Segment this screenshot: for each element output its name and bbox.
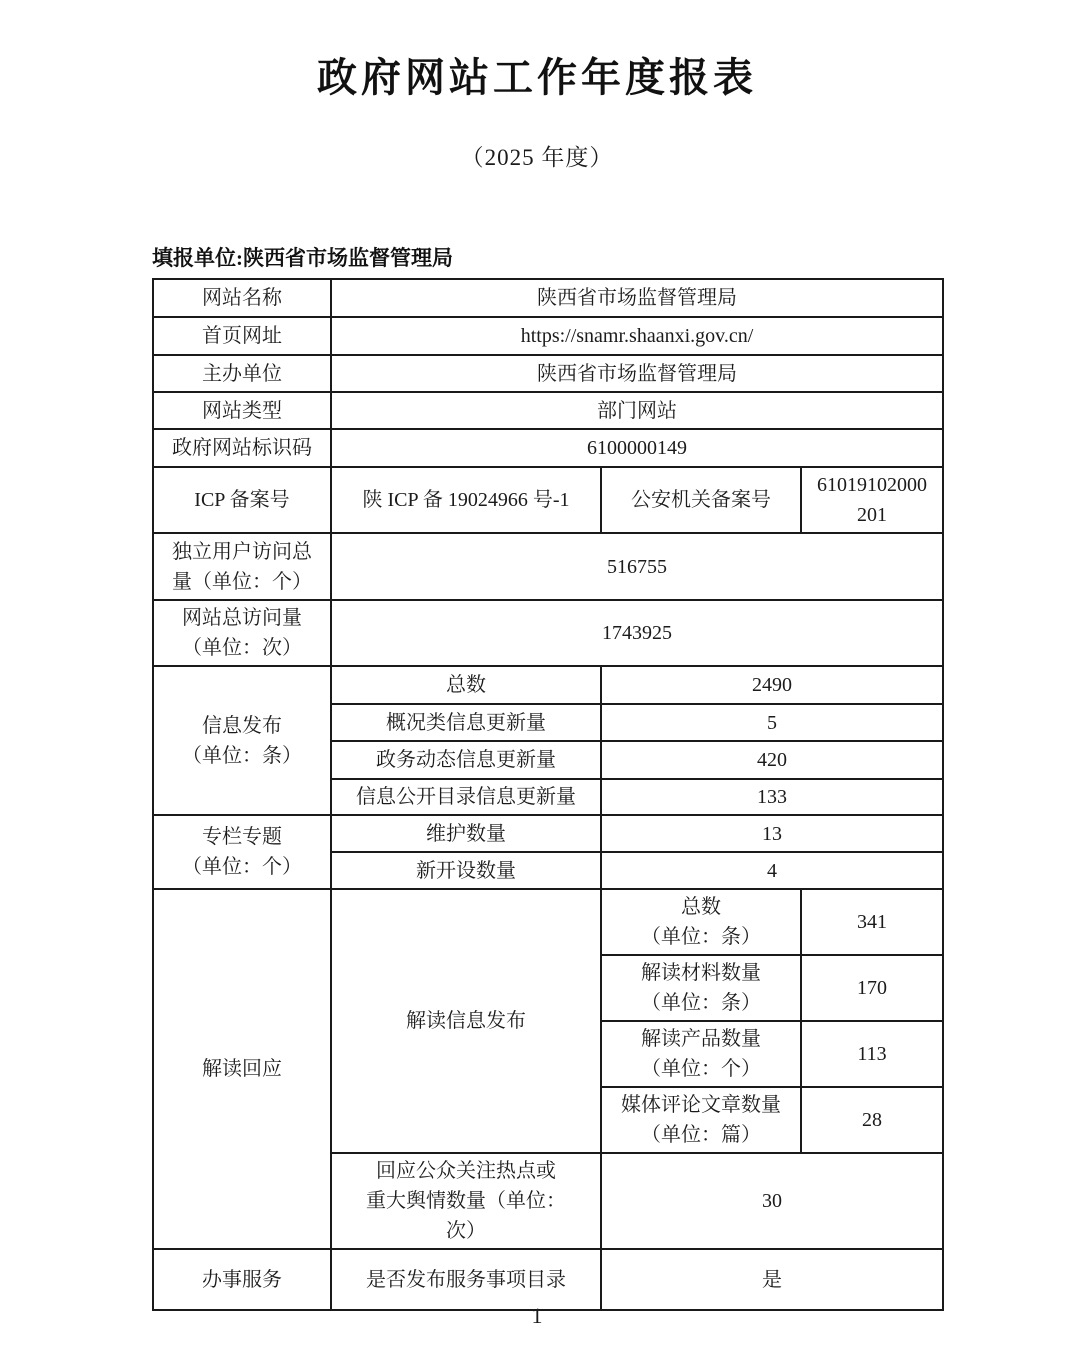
interp-media-label: 媒体评论文章数量 （单位：篇） [601, 1087, 801, 1153]
services-catalog-value: 是 [601, 1249, 943, 1310]
site-type-label: 网站类型 [153, 392, 331, 429]
services-catalog-label: 是否发布服务事项目录 [331, 1249, 601, 1310]
total-visits-label: 网站总访问量 （单位：次） [153, 600, 331, 666]
site-code-label: 政府网站标识码 [153, 429, 331, 467]
site-type-value: 部门网站 [331, 392, 943, 429]
info-publish-catalog-value: 133 [601, 779, 943, 815]
services-group-label: 办事服务 [153, 1249, 331, 1310]
row-site-code: 政府网站标识码 6100000149 [153, 429, 943, 467]
icp-value: 陕 ICP 备 19024966 号-1 [331, 467, 601, 533]
info-publish-group-label: 信息发布 （单位：条） [153, 666, 331, 815]
annual-report-table: 网站名称 陕西省市场监督管理局 首页网址 https://snamr.shaan… [152, 278, 944, 1311]
homepage-label: 首页网址 [153, 317, 331, 355]
row-homepage: 首页网址 https://snamr.shaanxi.gov.cn/ [153, 317, 943, 355]
row-interp-total: 解读回应 解读信息发布 总数 （单位：条） 341 [153, 889, 943, 955]
interpretation-group-label: 解读回应 [153, 889, 331, 1249]
columns-maintained-label: 维护数量 [331, 815, 601, 852]
site-name-value: 陕西省市场监督管理局 [331, 279, 943, 317]
unique-visitors-label: 独立用户访问总 量（单位：个） [153, 533, 331, 600]
police-record-label: 公安机关备案号 [601, 467, 801, 533]
info-publish-total-value: 2490 [601, 666, 943, 704]
row-unique-visitors: 独立用户访问总 量（单位：个） 516755 [153, 533, 943, 600]
total-visits-value: 1743925 [331, 600, 943, 666]
interp-products-label: 解读产品数量 （单位：个） [601, 1021, 801, 1087]
document-page: 政府网站工作年度报表 （2025 年度） 填报单位:陕西省市场监督管理局 网站名… [0, 0, 1074, 1364]
interp-total-value: 341 [801, 889, 943, 955]
page-title: 政府网站工作年度报表 [0, 0, 1074, 103]
info-publish-overview-label: 概况类信息更新量 [331, 704, 601, 741]
organizer-label: 主办单位 [153, 355, 331, 392]
site-name-label: 网站名称 [153, 279, 331, 317]
interp-media-value: 28 [801, 1087, 943, 1153]
site-code-value: 6100000149 [331, 429, 943, 467]
organizer-value: 陕西省市场监督管理局 [331, 355, 943, 392]
interp-materials-label: 解读材料数量 （单位：条） [601, 955, 801, 1021]
row-info-publish-total: 信息发布 （单位：条） 总数 2490 [153, 666, 943, 704]
row-total-visits: 网站总访问量 （单位：次） 1743925 [153, 600, 943, 666]
hotspot-label: 回应公众关注热点或 重大舆情数量（单位： 次） [331, 1153, 601, 1249]
row-columns-maintained: 专栏专题 （单位：个） 维护数量 13 [153, 815, 943, 852]
info-publish-catalog-label: 信息公开目录信息更新量 [331, 779, 601, 815]
interp-products-value: 113 [801, 1021, 943, 1087]
row-services-catalog: 办事服务 是否发布服务事项目录 是 [153, 1249, 943, 1310]
interp-total-label: 总数 （单位：条） [601, 889, 801, 955]
columns-new-value: 4 [601, 852, 943, 889]
page-subtitle: （2025 年度） [0, 139, 1074, 172]
reporting-unit: 填报单位:陕西省市场监督管理局 [152, 242, 1074, 272]
page-number: 1 [0, 1303, 1074, 1329]
row-site-name: 网站名称 陕西省市场监督管理局 [153, 279, 943, 317]
police-record-value: 61019102000 201 [801, 467, 943, 533]
row-organizer: 主办单位 陕西省市场监督管理局 [153, 355, 943, 392]
interpretation-subgroup-label: 解读信息发布 [331, 889, 601, 1153]
interp-materials-value: 170 [801, 955, 943, 1021]
special-columns-group-label: 专栏专题 （单位：个） [153, 815, 331, 889]
row-icp: ICP 备案号 陕 ICP 备 19024966 号-1 公安机关备案号 610… [153, 467, 943, 533]
info-publish-dynamics-label: 政务动态信息更新量 [331, 741, 601, 779]
icp-label: ICP 备案号 [153, 467, 331, 533]
columns-maintained-value: 13 [601, 815, 943, 852]
info-publish-overview-value: 5 [601, 704, 943, 741]
info-publish-total-label: 总数 [331, 666, 601, 704]
unique-visitors-value: 516755 [331, 533, 943, 600]
row-site-type: 网站类型 部门网站 [153, 392, 943, 429]
homepage-value: https://snamr.shaanxi.gov.cn/ [331, 317, 943, 355]
info-publish-dynamics-value: 420 [601, 741, 943, 779]
columns-new-label: 新开设数量 [331, 852, 601, 889]
hotspot-value: 30 [601, 1153, 943, 1249]
